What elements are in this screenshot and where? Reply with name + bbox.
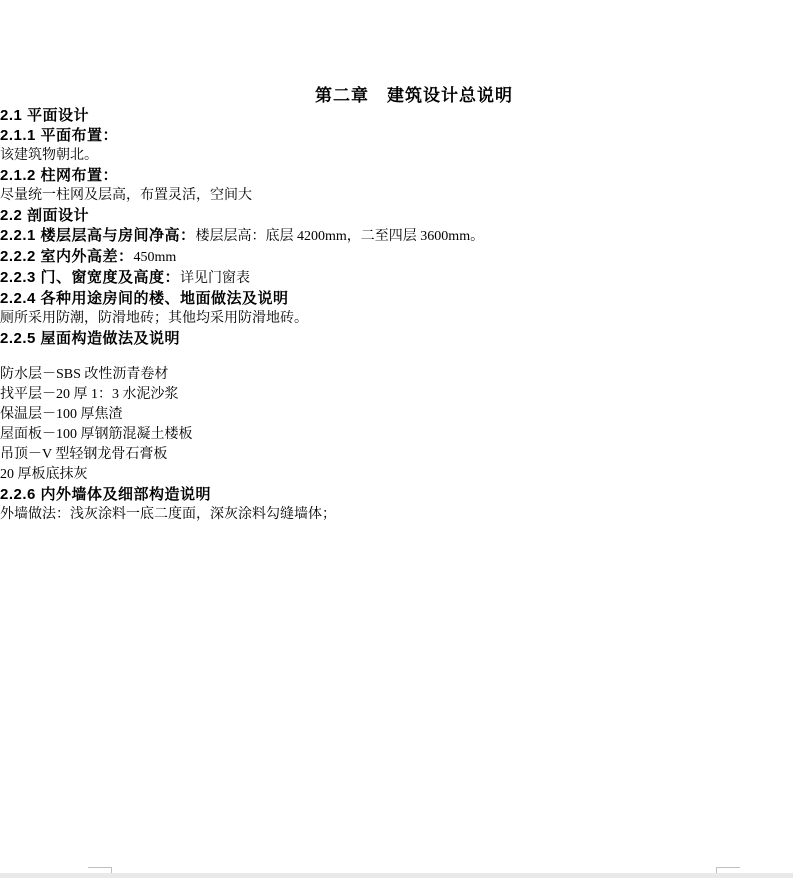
section-heading: 2.2.6 内外墙体及细部构造说明: [0, 485, 793, 505]
text-run: 2.2.4 各种用途房间的楼、地面做法及说明: [0, 290, 289, 307]
text-boundary-mark-right-horizontal: [716, 867, 740, 868]
text-run: 楼层层高：底层 4200mm，二至四层 3600mm。: [196, 229, 485, 244]
paragraph: 厕所采用防潮，防滑地砖；其他均采用防滑地砖。: [0, 309, 793, 329]
text-run: 找平层－20 厚 1：3 水泥沙浆: [0, 387, 179, 402]
text-run: 2.1 平面设计: [0, 107, 89, 124]
chapter-title: 第二章 建筑设计总说明: [112, 86, 716, 106]
text-run: 2.1.1 平面布置：: [0, 127, 118, 144]
text-run: 20 厚板底抹灰: [0, 467, 88, 482]
text-run: 2.2 剖面设计: [0, 207, 89, 224]
paragraph: 外墙做法：浅灰涂料一底二度面，深灰涂料勾缝墙体；: [0, 505, 793, 525]
section-heading: 2.2.3 门、窗宽度及高度：详见门窗表: [0, 268, 793, 289]
text-run: 该建筑物朝北。: [0, 148, 98, 163]
text-run: 450mm: [134, 250, 177, 265]
paragraph: 屋面板－100 厚钢筋混凝土楼板: [0, 425, 793, 445]
section-heading: 2.2.2 室内外高差：450mm: [0, 247, 793, 268]
section-heading: 2.2 剖面设计: [0, 206, 793, 226]
document-body: 2.1 平面设计2.1.1 平面布置：该建筑物朝北。2.1.2 柱网布置：尽量统…: [0, 106, 793, 525]
section-heading: 2.2.1 楼层层高与房间净高：楼层层高：底层 4200mm，二至四层 3600…: [0, 226, 793, 247]
text-run: 2.2.6 内外墙体及细部构造说明: [0, 486, 211, 503]
text-run: 2.2.2 室内外高差：: [0, 248, 134, 265]
document-page: 第二章 建筑设计总说明 2.1 平面设计2.1.1 平面布置：该建筑物朝北。2.…: [0, 0, 793, 878]
text-run: 2.2.3 门、窗宽度及高度：: [0, 269, 180, 286]
paragraph: 尽量统一柱网及层高，布置灵活，空间大: [0, 186, 793, 206]
page-gap-strip: [0, 873, 793, 878]
paragraph: 该建筑物朝北。: [0, 146, 793, 166]
paragraph: 20 厚板底抹灰: [0, 465, 793, 485]
text-run: 防水层－SBS 改性沥青卷材: [0, 367, 168, 382]
section-heading: 2.2.5 屋面构造做法及说明: [0, 329, 793, 349]
text-run: 屋面板－100 厚钢筋混凝土楼板: [0, 427, 193, 442]
paragraph: 找平层－20 厚 1：3 水泥沙浆: [0, 385, 793, 405]
paragraph: 吊顶－V 型轻钢龙骨石膏板: [0, 445, 793, 465]
text-run: 尽量统一柱网及层高，布置灵活，空间大: [0, 188, 252, 203]
paragraph: 保温层－100 厚焦渣: [0, 405, 793, 425]
text-run: 外墙做法：浅灰涂料一底二度面，深灰涂料勾缝墙体；: [0, 507, 336, 522]
section-heading: 2.1.1 平面布置：: [0, 126, 793, 146]
section-heading: 2.1 平面设计: [0, 106, 793, 126]
text-run: 吊顶－V 型轻钢龙骨石膏板: [0, 447, 167, 462]
paragraph: 防水层－SBS 改性沥青卷材: [0, 365, 793, 385]
text-run: 保温层－100 厚焦渣: [0, 407, 123, 422]
text-run: 2.1.2 柱网布置：: [0, 167, 118, 184]
text-run: 2.2.5 屋面构造做法及说明: [0, 330, 180, 347]
text-run: 详见门窗表: [180, 271, 250, 286]
section-heading: 2.2.4 各种用途房间的楼、地面做法及说明: [0, 289, 793, 309]
text-run: 厕所采用防潮，防滑地砖；其他均采用防滑地砖。: [0, 311, 308, 326]
section-heading: 2.1.2 柱网布置：: [0, 166, 793, 186]
text-boundary-mark-left-horizontal: [88, 867, 112, 868]
text-run: 2.2.1 楼层层高与房间净高：: [0, 227, 196, 244]
